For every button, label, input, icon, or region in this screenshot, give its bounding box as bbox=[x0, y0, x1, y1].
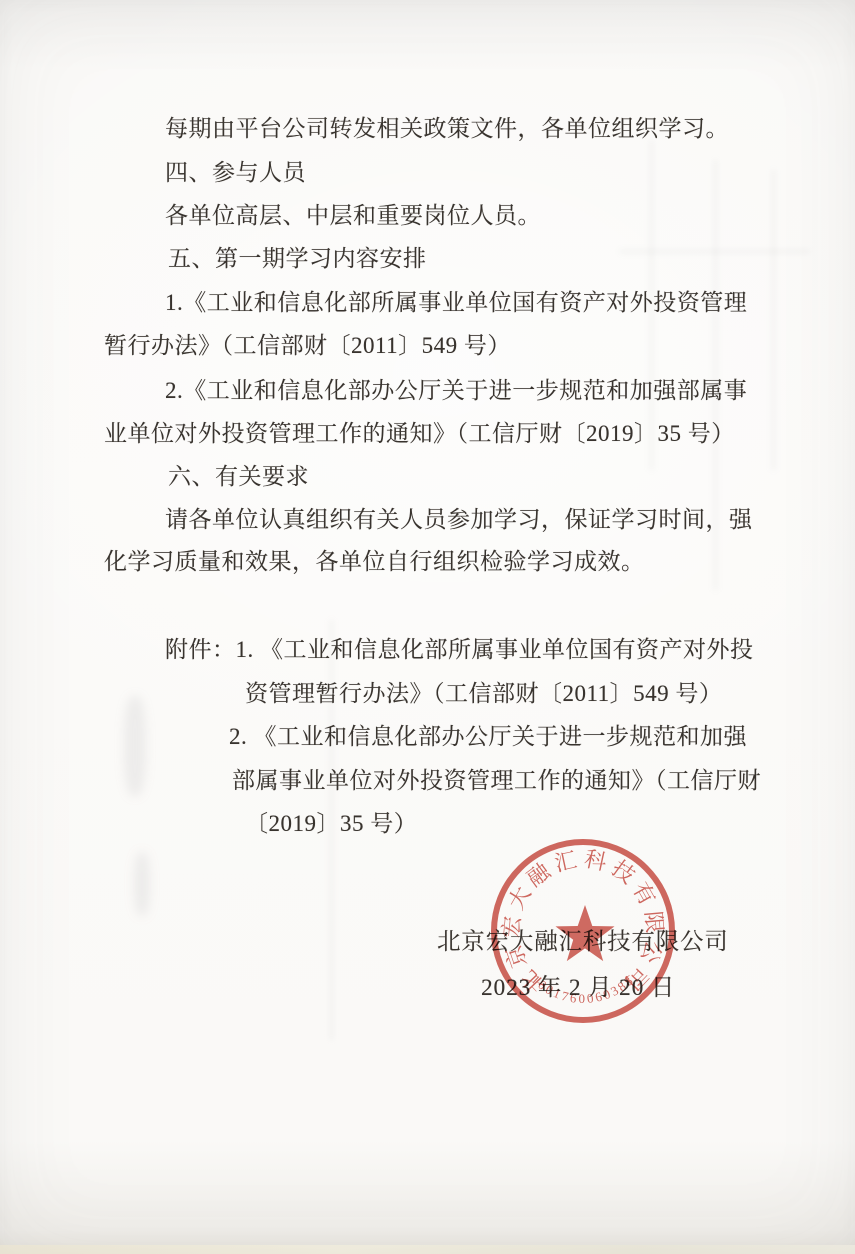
bleed-through-line bbox=[772, 170, 775, 470]
body-line: 暂行办法》（工信部财〔2011〕549 号） bbox=[104, 333, 511, 359]
attachment-line: 2. 《工业和信息化部办公厅关于进一步规范和加强 bbox=[229, 724, 747, 750]
body-line: 请各单位认真组织有关人员参加学习，保证学习时间，强 bbox=[165, 507, 753, 533]
body-line: 化学习质量和效果，各单位自行组织检验学习成效。 bbox=[104, 549, 645, 575]
body-line: 2.《工业和信息化部办公厅关于进一步规范和加强部属事 bbox=[165, 378, 747, 404]
section-heading-6: 六、有关要求 bbox=[168, 464, 309, 490]
attachment-line: 附件：1. 《工业和信息化部所属事业单位国有资产对外投 bbox=[165, 637, 754, 663]
photo-bottom-edge bbox=[0, 1245, 855, 1254]
attachment-line: 资管理暂行办法》（工信部财〔2011〕549 号） bbox=[245, 681, 722, 707]
seal-star-icon bbox=[556, 905, 615, 961]
body-line: 每期由平台公司转发相关政策文件，各单位组织学习。 bbox=[165, 116, 729, 142]
document-page: 每期由平台公司转发相关政策文件，各单位组织学习。 四、参与人员 各单位高层、中层… bbox=[0, 0, 855, 1254]
section-heading-4: 四、参与人员 bbox=[165, 160, 306, 186]
bleed-through-line bbox=[620, 250, 810, 253]
attachment-line: 〔2019〕35 号） bbox=[245, 811, 417, 837]
bleed-through-smudge bbox=[134, 852, 150, 916]
body-line: 1.《工业和信息化部所属事业单位国有资产对外投资管理 bbox=[165, 290, 747, 316]
body-line: 业单位对外投资管理工作的通知》（工信厅财〔2019〕35 号） bbox=[104, 421, 735, 447]
company-seal: 北京宏大融汇科技有限公司 1001760060388 bbox=[433, 781, 733, 1081]
section-heading-5: 五、第一期学习内容安排 bbox=[168, 246, 427, 272]
body-line: 各单位高层、中层和重要岗位人员。 bbox=[165, 203, 541, 229]
bleed-through-smudge bbox=[124, 696, 146, 796]
